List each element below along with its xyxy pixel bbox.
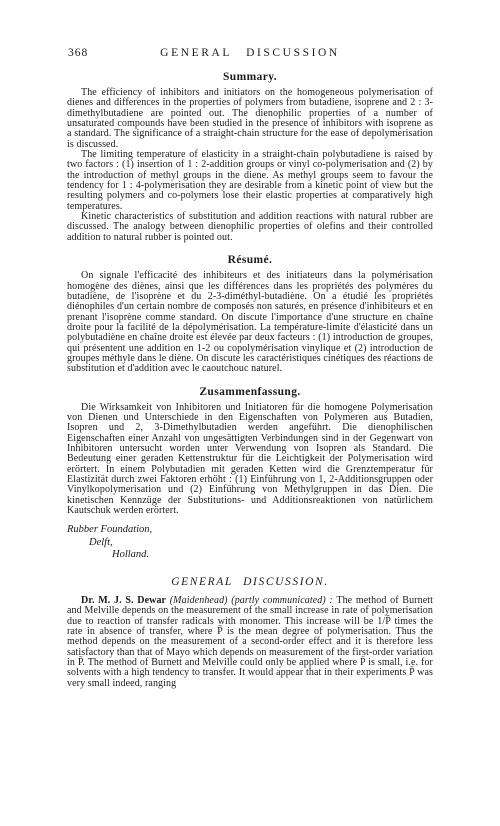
affiliation-block: Rubber Foundation, Delft, Holland. (67, 524, 433, 562)
discussion-paragraph: Dr. M. J. S. Dewar (Maidenhead) (partly … (67, 596, 433, 689)
resume-paragraph: On signale l'efficacité des inhibiteurs … (67, 271, 433, 374)
page-header: 368 GENERAL DISCUSSION (67, 47, 433, 60)
affiliation-line-country: Holland. (112, 549, 433, 562)
affiliation-line-city: Delft, (89, 537, 433, 550)
speaker-note: (partly communicated) : (231, 595, 333, 606)
summary-paragraph-1: The efficiency of inhibitors and initiat… (67, 88, 433, 150)
affiliation-line-institution: Rubber Foundation, (67, 524, 433, 537)
page-number: 368 (68, 47, 88, 60)
speaker-name: Dr. M. J. S. Dewar (81, 595, 166, 606)
speaker-location: (Maidenhead) (170, 595, 228, 606)
zusammenfassung-paragraph: Die Wirksamkeit von Inhibitoren und Init… (67, 403, 433, 517)
summary-paragraph-3: Kinetic characteristics of substitution … (67, 212, 433, 243)
zusammenfassung-heading: Zusammenfassung. (67, 386, 433, 398)
summary-paragraph-2: The limiting temperature of elasticity i… (67, 150, 433, 212)
general-discussion-heading: GENERAL DISCUSSION. (67, 576, 433, 588)
resume-heading: Résumé. (67, 254, 433, 266)
discussion-text: The method of Burnett and Melville depen… (67, 595, 433, 689)
summary-heading: Summary. (67, 71, 433, 83)
journal-page: 368 GENERAL DISCUSSION Summary. The effi… (0, 0, 500, 826)
running-head: GENERAL DISCUSSION (67, 47, 433, 60)
